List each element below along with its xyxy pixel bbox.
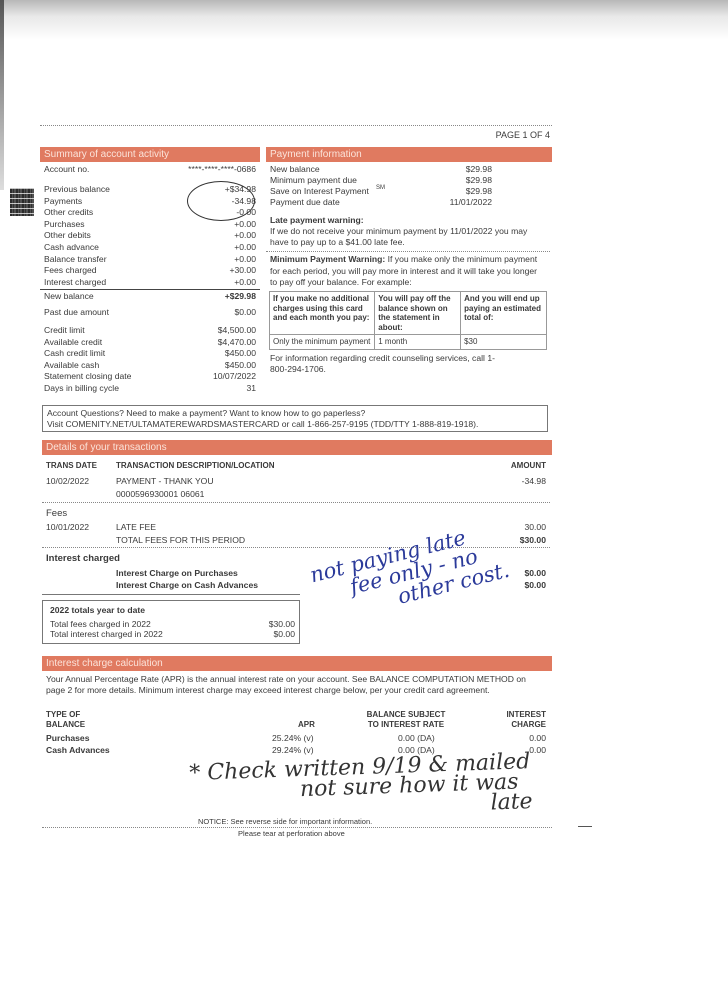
summary-row: Fees charged+30.00 [40,265,260,276]
contact-line[interactable]: Visit COMENITY.NET/ULTAMATEREWARDSMASTER… [47,419,543,430]
label: Credit limit [44,325,85,336]
calc-charge: 0.00 [529,733,546,744]
label: Balance transfer [44,254,107,265]
interest-cash-label: Interest Charge on Cash Advances [116,580,258,590]
payment-row: New balance$29.98 [266,164,496,175]
col-amount: AMOUNT [511,461,546,470]
min-payment-warning: Minimum Payment Warning: If you make onl… [270,254,546,289]
handwritten-note-check: * Check written 9/19 & mailed not sure h… [189,752,533,824]
col-balance: BALANCE SUBJECT TO INTEREST RATE [346,710,466,730]
label: Purchases [44,219,85,230]
value: +0.00 [234,230,256,241]
calc-type: Purchases [46,733,89,744]
limit-row: Available cash$450.00 [40,360,260,371]
interest-purchases-value: $0.00 [524,568,546,578]
col-type-line: BALANCE [46,720,85,730]
summary-row: Cash advance+0.00 [40,242,260,253]
label: Available credit [44,337,102,348]
label: Previous balance [44,184,110,195]
value: +$29.98 [225,291,256,302]
label: Fees charged [44,265,97,276]
statement-page: PAGE 1 OF 4 Summary of account activity … [40,0,552,1000]
interest-cash-value: $0.00 [524,580,546,590]
col-description: TRANSACTION DESCRIPTION/LOCATION [116,461,275,470]
payment-row: Save on Interest PaymentSM$29.98 [266,186,496,197]
col-apr: APR [298,720,315,729]
service-mark: SM [376,183,385,194]
new-balance-row: New balance +$29.98 [40,291,260,302]
label: New balance [270,164,320,175]
value: $29.98 [466,186,492,197]
value: +0.00 [234,277,256,288]
ytd-interest-value: $0.00 [273,629,295,639]
trans-amount: -34.98 [522,476,546,486]
trans-date: 10/02/2022 [46,476,89,486]
page-number: PAGE 1 OF 4 [496,130,550,140]
value: 31 [246,383,256,394]
value: 11/01/2022 [450,197,492,208]
account-number-row: Account no. ****-****-****-0686 [40,164,260,175]
col-balance-line: TO INTEREST RATE [346,720,466,730]
handwritten-circle [187,181,255,221]
label: Cash advance [44,242,99,253]
total-fees-value: $30.00 [520,535,546,545]
value: 10/07/2022 [213,371,256,382]
questions-line: Account Questions? Need to make a paymen… [47,408,543,419]
calc-balance: 0.00 (DA) [398,733,435,744]
fee-date: 10/01/2022 [46,522,89,532]
label: Available cash [44,360,99,371]
col-type: TYPE OF BALANCE [46,710,85,730]
summary-row: Interest charged+0.00 [40,277,260,288]
interest-calc-text: Your Annual Percentage Rate (APR) is the… [46,674,546,696]
tear-mark [578,826,592,827]
bottom-perforation [42,827,552,828]
payment-info-header: Payment information [266,147,552,162]
calc-apr: 29.24% (v) [272,745,314,756]
summary-header: Summary of account activity [40,147,260,162]
col-trans-date: TRANS DATE [46,461,97,470]
late-warning-text: If we do not receive your minimum paymen… [270,226,540,248]
col-charge-line: CHARGE [506,720,546,730]
label: Past due amount [44,307,109,318]
trans-ref: 0000596930001 06061 [116,489,204,499]
interest-purchases-label: Interest Charge on Purchases [116,568,238,578]
payment-info-section: Payment information New balance$29.98Min… [266,147,552,387]
col-type-line: TYPE OF [46,710,85,720]
transactions-header: Details of your transactions [42,440,552,455]
label: Account no. [44,164,89,175]
interest-calc-row: Purchases25.24% (v)0.00 (DA)0.00 [40,733,552,744]
summary-row: Other debits+0.00 [40,230,260,241]
payment-row: Payment due date11/01/2022 [266,197,496,208]
summary-row: Balance transfer+0.00 [40,254,260,265]
table-header: If you make no additional charges using … [270,292,375,335]
label: Payment due date [270,197,340,208]
label: Save on Interest Payment [270,186,369,197]
label: Interest charged [44,277,106,288]
limit-row: Statement closing date10/07/2022 [40,371,260,382]
min-warning-title: Minimum Payment Warning: [270,254,385,264]
top-perforation [40,125,552,126]
trans-desc: PAYMENT - THANK YOU [116,476,214,486]
label: New balance [44,291,94,302]
min-payment-table: If you make no additional charges using … [269,291,547,350]
ytd-title: 2022 totals year to date [50,605,145,615]
table-header: And you will end up paying an estimated … [461,292,547,335]
scan-edge [0,0,4,190]
account-questions-box: Account Questions? Need to make a paymen… [42,405,548,432]
interest-calc-header: Interest charge calculation [42,656,552,671]
value: +0.00 [234,242,256,253]
calc-charge: 0.00 [529,745,546,756]
value: $29.98 [466,164,492,175]
fee-amount: 30.00 [524,522,546,532]
label: Days in billing cycle [44,383,119,394]
value: $450.00 [225,348,256,359]
late-warning-title: Late payment warning: [270,215,364,225]
fees-label: Fees [46,508,67,519]
label: Statement closing date [44,371,131,382]
total-fees-label: TOTAL FEES FOR THIS PERIOD [116,535,245,545]
label: Other credits [44,207,93,218]
col-balance-line: BALANCE SUBJECT [346,710,466,720]
past-due-row: Past due amount $0.00 [40,307,260,318]
table-header: You will pay off the balance shown on th… [375,292,461,335]
limit-row: Days in billing cycle31 [40,383,260,394]
label: Other debits [44,230,91,241]
table-cell: Only the minimum payment [270,335,375,350]
label: Minimum payment due [270,175,357,186]
value: +30.00 [229,265,256,276]
table-cell: 1 month [375,335,461,350]
calc-type: Cash Advances [46,745,110,756]
col-charge-line: INTEREST [506,710,546,720]
credit-counseling: For information regarding credit counsel… [270,353,500,375]
divider [40,289,260,290]
ytd-fees-value: $30.00 [269,619,295,629]
label: Payments [44,196,82,207]
value: ****-****-****-0686 [188,164,256,175]
calc-apr: 25.24% (v) [272,733,314,744]
table-cell: $30 [461,335,547,350]
interest-charged-label: Interest charged [46,553,120,564]
value: +0.00 [234,254,256,265]
fee-desc: LATE FEE [116,522,156,532]
value: +0.00 [234,219,256,230]
divider [42,594,300,595]
value: $0.00 [234,307,256,318]
datamatrix-barcode-icon [10,188,34,216]
divider [266,251,550,252]
limit-row: Available credit$4,470.00 [40,337,260,348]
divider [42,502,550,503]
tear-instruction: Please tear at perforation above [238,829,345,838]
value: $29.98 [466,175,492,186]
limit-row: Credit limit$4,500.00 [40,325,260,336]
ytd-fees-label: Total fees charged in 2022 [50,619,151,629]
ytd-interest-label: Total interest charged in 2022 [50,629,163,639]
value: $450.00 [225,360,256,371]
value: $4,500.00 [218,325,256,336]
limit-row: Cash credit limit$450.00 [40,348,260,359]
col-charge: INTEREST CHARGE [506,710,546,730]
ytd-box: 2022 totals year to date Total fees char… [42,600,300,644]
label: Cash credit limit [44,348,105,359]
value: $4,470.00 [218,337,256,348]
